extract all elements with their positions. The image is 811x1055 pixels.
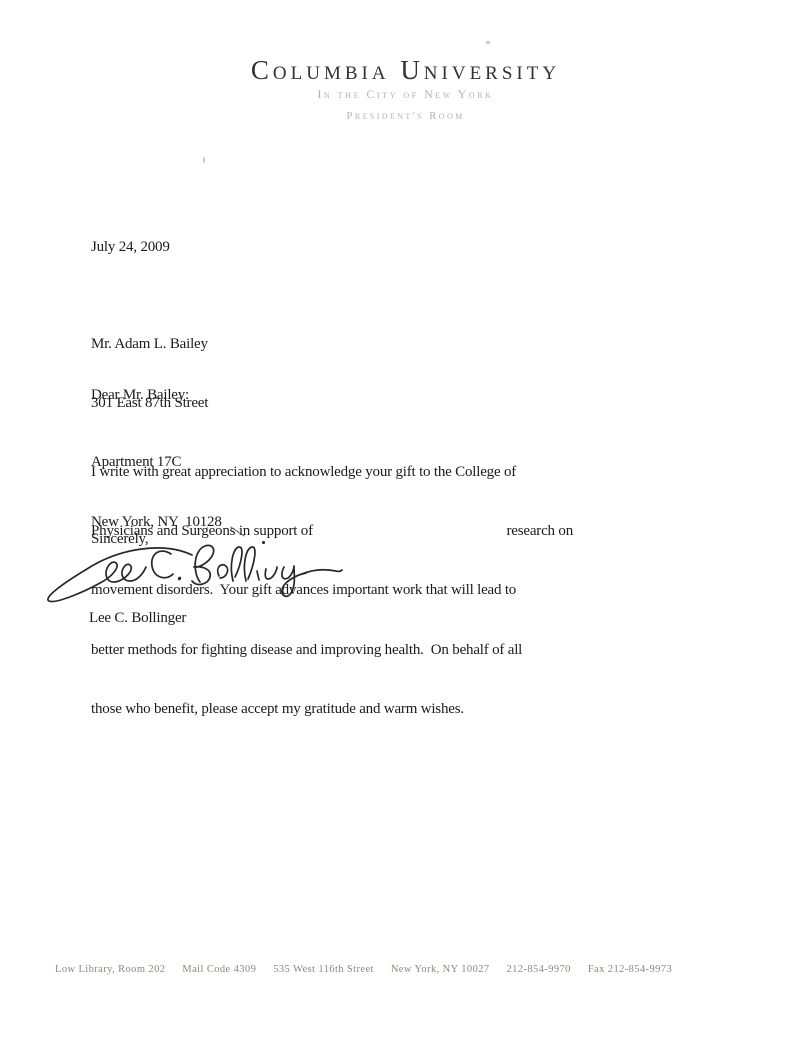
scan-artifact (203, 157, 205, 163)
footer-fax: Fax 212-854-9973 (588, 964, 672, 975)
footer-contact-line: Low Library, Room 202 Mail Code 4309 535… (55, 964, 672, 975)
letterhead: Columbia University In the City of New Y… (0, 56, 811, 122)
scanned-letter-page: Columbia University In the City of New Y… (0, 0, 811, 1055)
body-line-with-redaction-gap: Physicians and Surgeons in support of re… (91, 522, 573, 542)
body-line: those who benefit, please accept my grat… (91, 700, 573, 720)
typed-signature-name: Lee C. Bollinger (89, 609, 186, 629)
footer-mail-code: Mail Code 4309 (182, 964, 256, 975)
footer-phone: 212-854-9970 (507, 964, 571, 975)
body-line: better methods for fighting disease and … (91, 641, 573, 661)
footer-city: New York, NY 10027 (391, 964, 490, 975)
signature-image (42, 540, 344, 612)
letterhead-office-line: President's Room (0, 110, 811, 122)
salutation: Dear Mr. Bailey: (91, 386, 189, 406)
letterhead-city-line: In the City of New York (0, 89, 811, 101)
footer-office: Low Library, Room 202 (55, 964, 165, 975)
letter-date: July 24, 2009 (91, 238, 170, 258)
university-name: Columbia University (0, 56, 811, 84)
scan-artifact (486, 41, 490, 44)
recipient-name: Mr. Adam L. Bailey (91, 335, 222, 355)
body-line-right: research on (506, 522, 573, 542)
body-line: I write with great appreciation to ackno… (91, 463, 573, 483)
footer-street: 535 West 116th Street (273, 964, 374, 975)
